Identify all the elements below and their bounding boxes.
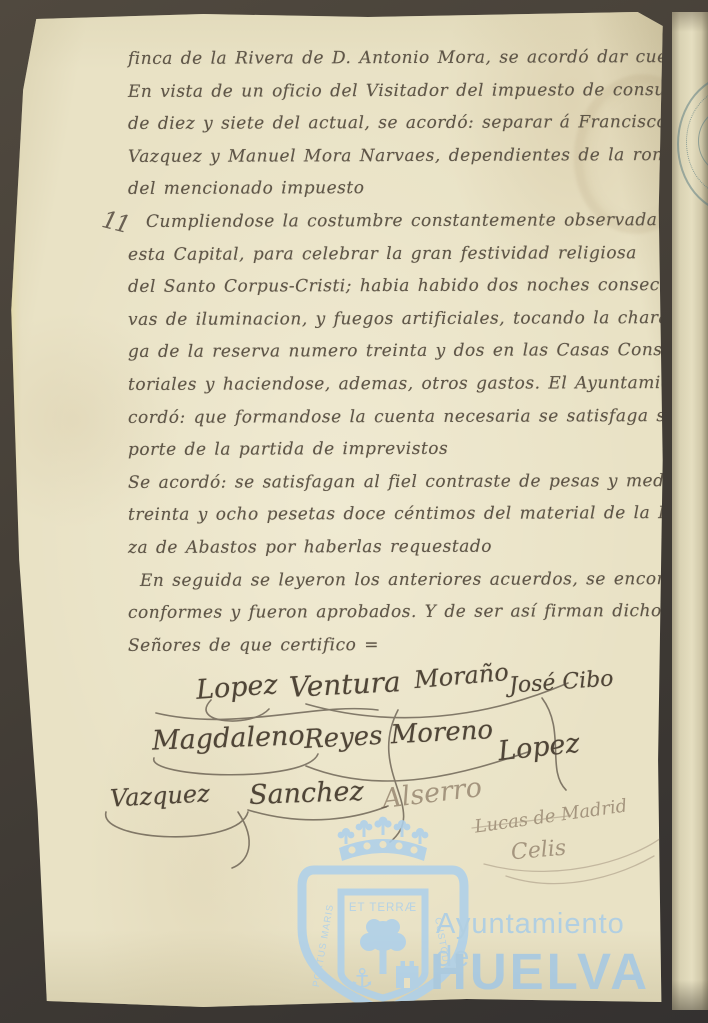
manuscript-line: del mencionado impuesto <box>128 171 663 205</box>
manuscript-line: Vazquez y Manuel Mora Narvaes, dependien… <box>128 139 663 173</box>
manuscript-line: za de Abastos por haberlas requestado <box>128 530 663 564</box>
margin-mark: 11 <box>99 205 132 239</box>
signature: Reyes Moreno <box>303 715 493 755</box>
signature: Alserro <box>380 772 483 815</box>
manuscript-line: del Santo Corpus-Cristi; habia habido do… <box>128 269 663 303</box>
signature: Lopez <box>497 728 581 767</box>
manuscript-line: En vista de un oficio del Visitador del … <box>128 74 663 108</box>
signature: Magdaleno <box>152 720 306 756</box>
signature: Ventura <box>288 665 401 704</box>
scanned-document-view: 11 finca de la Rivera de D. Antonio Mora… <box>0 0 708 1023</box>
anchor-icon: ⚓ <box>350 964 373 994</box>
motto-top: ET TERRÆ <box>349 902 417 914</box>
motto-left: PORTUS MARIS <box>311 903 336 988</box>
manuscript-line: cordó: que formandose la cuenta necesari… <box>128 400 663 434</box>
manuscript-line: Se acordó: se satisfagan al fiel contras… <box>128 465 663 499</box>
manuscript-line: Cumpliendose la costumbre constantemente… <box>146 204 663 238</box>
manuscript-line: conformes y fueron aprobados. Y de ser a… <box>128 595 663 629</box>
signature: José Cibo <box>508 666 614 698</box>
manuscript-line: ga de la reserva numero treinta y dos en… <box>128 334 663 368</box>
signature: Sanchez <box>248 776 364 811</box>
tower-icon <box>396 961 419 988</box>
manuscript-line: treinta y ocho pesetas doce céntimos del… <box>128 497 663 531</box>
manuscript-line: vas de iluminacion, y fuegos artificiale… <box>128 302 663 336</box>
manuscript-text: finca de la Rivera de D. Antonio Mora, s… <box>128 42 663 661</box>
crown-icon <box>338 817 429 861</box>
manuscript-line: En seguida se leyeron los anteriores acu… <box>140 563 663 597</box>
manuscript-line: finca de la Rivera de D. Antonio Mora, s… <box>128 41 663 75</box>
manuscript-line: esta Capital, para celebrar la gran fest… <box>128 237 663 271</box>
facing-page-edge <box>672 12 708 1010</box>
manuscript-page: 11 finca de la Rivera de D. Antonio Mora… <box>6 10 664 1010</box>
watermark-city-name: HUELVA <box>430 942 650 1001</box>
signature: Vazquez <box>109 779 210 812</box>
signature: Moraño <box>413 658 510 694</box>
manuscript-line: de diez y siete del actual, se acordó: s… <box>128 106 663 140</box>
signature: Lopez <box>195 669 279 706</box>
huelva-watermark: ET TERRÆ PORTUS MARIS CUSTODIA ⚓ <box>294 816 664 1016</box>
manuscript-line: Señores de que certifico = <box>128 628 663 662</box>
manuscript-line: toriales y haciendose, ademas, otros gas… <box>128 367 663 401</box>
manuscript-line: porte de la partida de imprevistos <box>128 432 663 466</box>
